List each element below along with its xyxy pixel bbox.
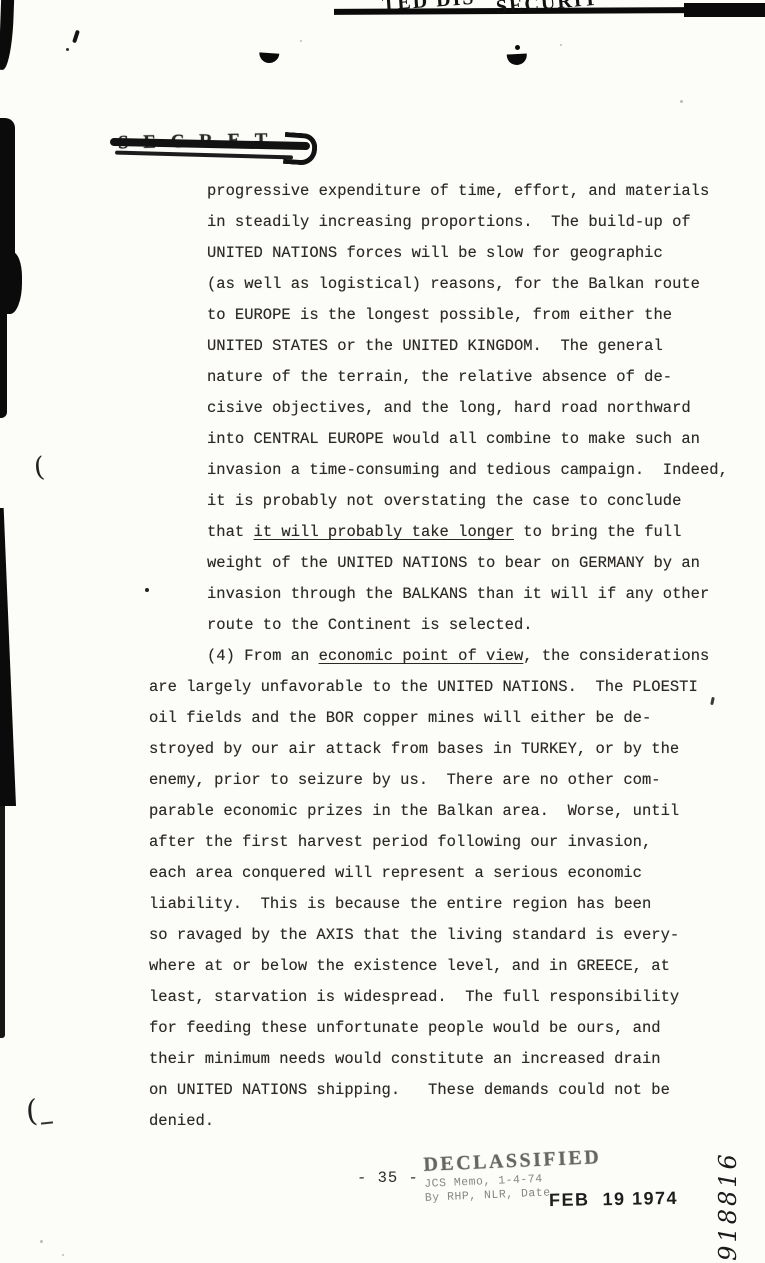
text-line: invasion through the BALKANS than it wil…	[0, 579, 765, 610]
text-line: into CENTRAL EUROPE would all combine to…	[0, 424, 765, 455]
top-scan-bar-thick	[684, 3, 765, 17]
scan-speck	[40, 1240, 43, 1243]
text-line: nature of the terrain, the relative abse…	[0, 362, 765, 393]
text-line: their minimum needs would constitute an …	[0, 1044, 765, 1075]
text-line: (4) From an economic point of view, the …	[0, 641, 765, 672]
document-page: TED DIS SECURIT ( ( S E C R E T progress…	[0, 0, 765, 1263]
strike-through-hook	[283, 132, 318, 166]
text-line: so ravaged by the AXIS that the living s…	[0, 920, 765, 951]
text-line: denied.	[0, 1106, 765, 1137]
text-line: progressive expenditure of time, effort,…	[0, 176, 765, 207]
text-line: weight of the UNITED NATIONS to bear on …	[0, 548, 765, 579]
text-line: to EUROPE is the longest possible, from …	[0, 300, 765, 331]
pen-tick-dot	[66, 48, 69, 51]
stamp-fragment-left: TED DIS	[381, 0, 476, 13]
text-line: oil fields and the BOR copper mines will…	[0, 703, 765, 734]
scan-speck	[62, 1254, 64, 1256]
text-line: on UNITED NATIONS shipping. These demand…	[0, 1075, 765, 1106]
text-line: each area conquered will represent a ser…	[0, 858, 765, 889]
handwritten-number: 918816	[714, 1150, 742, 1262]
left-edge-artifact	[0, 0, 14, 70]
text-line: UNITED NATIONS forces will be slow for g…	[0, 238, 765, 269]
text-line: UNITED STATES or the UNITED KINGDOM. The…	[0, 331, 765, 362]
text-line: it is probably not overstating the case …	[0, 486, 765, 517]
text-line: enemy, prior to seizure by us. There are…	[0, 765, 765, 796]
binder-crescent-dot	[515, 45, 520, 50]
text-line: that it will probably take longer to bri…	[0, 517, 765, 548]
text-line: least, starvation is widespread. The ful…	[0, 982, 765, 1013]
binder-crescent-mark-left	[259, 52, 280, 63]
scan-speck	[680, 100, 683, 103]
text-line: where at or below the existence level, a…	[0, 951, 765, 982]
page-number: - 35 -	[357, 1169, 419, 1187]
pen-tick-mark	[72, 30, 80, 44]
text-line: route to the Continent is selected.	[0, 610, 765, 641]
stamp-fragment-right: SECURIT	[495, 0, 600, 13]
text-line: invasion a time-consuming and tedious ca…	[0, 455, 765, 486]
text-line: (as well as logistical) reasons, for the…	[0, 269, 765, 300]
cutoff-security-stamp: TED DIS SECURIT	[360, 0, 640, 13]
date-stamp: FEB 19 1974	[549, 1188, 678, 1211]
binder-crescent-mark-right	[507, 53, 528, 65]
text-line: cisive objectives, and the long, hard ro…	[0, 393, 765, 424]
scan-speck	[560, 44, 562, 46]
text-line: after the first harvest period following…	[0, 827, 765, 858]
text-line: liability. This is because the entire re…	[0, 889, 765, 920]
text-line: for feeding these unfortunate people wou…	[0, 1013, 765, 1044]
text-line: stroyed by our air attack from bases in …	[0, 734, 765, 765]
text-line: parable economic prizes in the Balkan ar…	[0, 796, 765, 827]
body-text: progressive expenditure of time, effort,…	[0, 176, 765, 1137]
text-line: are largely unfavorable to the UNITED NA…	[0, 672, 765, 703]
scan-speck	[300, 40, 302, 42]
text-line: in steadily increasing proportions. The …	[0, 207, 765, 238]
